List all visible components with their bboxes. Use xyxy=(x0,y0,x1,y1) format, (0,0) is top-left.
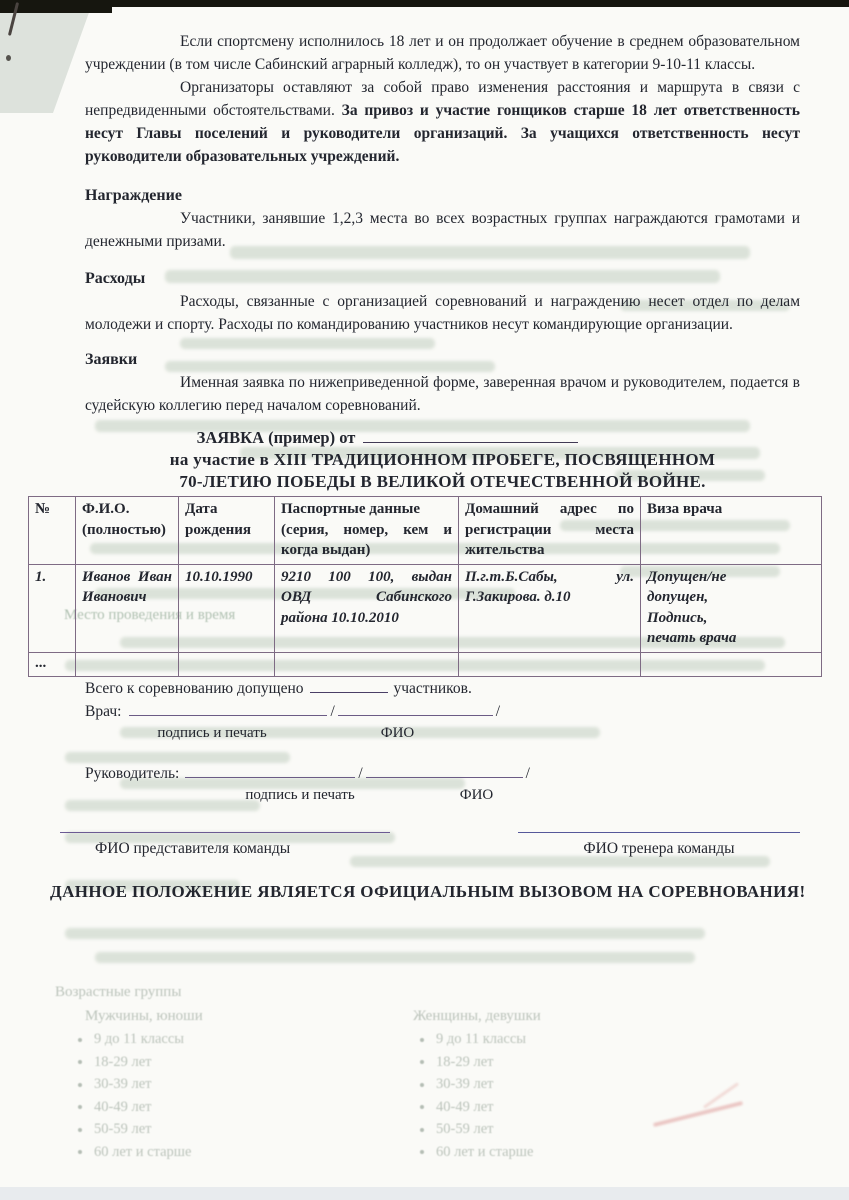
section-body-applications: Именная заявка по нижеприведенной форме,… xyxy=(85,371,800,417)
ghost-age-group-item: 18-29 лет xyxy=(78,1054,151,1071)
paragraph-organizers: Организаторы оставляют за собой право из… xyxy=(85,76,800,168)
section-heading-awards: Награждение xyxy=(85,184,800,207)
blank-head-signature xyxy=(185,774,355,778)
ghost-age-group-item: 60 лет и старше xyxy=(78,1144,191,1161)
bullet-icon xyxy=(78,1128,82,1132)
paragraph-text: Если спортсмену исполнилось 18 лет и он … xyxy=(85,33,800,73)
signature-stamp-label: подпись и печать xyxy=(215,785,385,806)
slash: / xyxy=(327,703,337,720)
slash: / xyxy=(493,703,503,720)
bullet-icon xyxy=(420,1038,424,1042)
cell-empty xyxy=(641,652,822,676)
head-signature-row: Руководитель:// xyxy=(85,762,800,785)
ghost-age-group-item: 30-39 лет xyxy=(78,1076,151,1093)
cell-empty xyxy=(179,652,275,676)
paragraph-age-category: Если спортсмену исполнилось 18 лет и он … xyxy=(85,30,800,76)
document-body: Если спортсмену исполнилось 18 лет и он … xyxy=(85,30,800,903)
head-label: Руководитель: xyxy=(85,765,179,782)
cell-passport: 9210 100 100, выдан ОВД Сабинского район… xyxy=(275,564,459,652)
header-line: регистрации места xyxy=(465,520,634,541)
blank-doctor-signature xyxy=(129,712,327,716)
ghost-groups-heading: Возрастные группы xyxy=(55,984,181,1001)
form-title-line3: 70-ЛЕТИЮ ПОБЕДЫ В ВЕЛИКОЙ ОТЕЧЕСТВЕННОЙ … xyxy=(85,471,800,493)
header-cell-passport: Паспортные данные (серия, номер, кем и к… xyxy=(275,497,459,565)
cell-empty xyxy=(459,652,641,676)
ghost-age-group-item: 40-49 лет xyxy=(420,1099,493,1116)
cell-empty xyxy=(275,652,459,676)
cell-visa: Допущен/не допущен, Подпись, печать врач… xyxy=(641,564,822,652)
header-line: рождения xyxy=(185,520,268,541)
cell-fio: Иванов Иван Иванович xyxy=(76,564,179,652)
header-cell-visa: Виза врача xyxy=(641,497,822,565)
bullet-icon xyxy=(420,1150,424,1154)
table-header-row: № Ф.И.О. (полностью) Дата рождения Паспо… xyxy=(29,497,822,565)
ghost-age-group-item: 50-59 лет xyxy=(420,1121,493,1138)
form-title-line1: ЗАЯВКА (пример) от xyxy=(85,427,800,449)
representatives-row: ФИО представителя команды ФИО тренера ко… xyxy=(60,832,800,860)
blank-doctor-fio xyxy=(338,712,493,716)
section-body-expenses: Расходы, связанные с организацией соревн… xyxy=(85,290,800,336)
ghost-age-group-item: 50-59 лет xyxy=(78,1121,151,1138)
table-row-ellipsis: ... xyxy=(29,652,822,676)
header-line: когда выдан) xyxy=(281,540,452,561)
cell-dob: 10.10.1990 xyxy=(179,564,275,652)
cell-line: Подпись, xyxy=(647,608,815,629)
cell-line: района 10.10.2010 xyxy=(281,608,452,629)
total-admitted-line: Всего к соревнованию допущеноучастников. xyxy=(85,677,800,700)
ghost-age-group-item: 30-39 лет xyxy=(420,1076,493,1093)
header-cell-address: Домашний адрес по регистрации места жите… xyxy=(459,497,641,565)
header-line: (полностью) xyxy=(82,520,172,541)
bullet-icon xyxy=(420,1105,424,1109)
cell-ellipsis: ... xyxy=(29,652,76,676)
team-representative-line: ФИО представителя команды xyxy=(60,832,390,860)
doctor-signature-row: Врач:// xyxy=(85,700,800,723)
scan-artifact-dot xyxy=(6,55,11,61)
fio-label: ФИО xyxy=(320,723,475,744)
header-cell-dob: Дата рождения xyxy=(179,497,275,565)
header-line: Домашний адрес по xyxy=(465,499,634,520)
bullet-icon xyxy=(78,1038,82,1042)
cell-address: П.г.т.Б.Сабы, ул. Г.Закирова. д.10 xyxy=(459,564,641,652)
ghost-age-group-item: 40-49 лет xyxy=(78,1099,151,1116)
ghost-age-group-item: 60 лет и старше xyxy=(420,1144,533,1161)
slash: / xyxy=(523,765,533,782)
cell-line: Г.Закирова. д.10 xyxy=(465,587,634,608)
cell-line: Допущен/не xyxy=(647,567,815,588)
table-row: 1. Иванов Иван Иванович 10.10.1990 9210 … xyxy=(29,564,822,652)
bullet-icon xyxy=(78,1105,82,1109)
bleed-through-smudge xyxy=(65,928,705,939)
cell-line: Иванович xyxy=(82,587,172,608)
scanned-document-page: Место проведения и время Возрастные груп… xyxy=(0,0,849,1200)
form-title: ЗАЯВКА (пример) от на участие в XIII ТРА… xyxy=(85,427,800,493)
form-title-line2: на участие в XIII ТРАДИЦИОННОМ ПРОБЕГЕ, … xyxy=(85,449,800,471)
cell-line: П.г.т.Б.Сабы, ул. xyxy=(465,567,634,588)
cell-num: 1. xyxy=(29,564,76,652)
bleed-through-smudge xyxy=(95,952,695,963)
doctor-label: Врач: xyxy=(85,703,121,720)
doctor-sub-labels: подпись и печать ФИО xyxy=(85,723,800,744)
cell-line: ОВД Сабинского xyxy=(281,587,452,608)
cell-line: допущен, xyxy=(647,587,815,608)
ghost-men-heading: Мужчины, юноши xyxy=(85,1008,203,1025)
total-prefix: Всего к соревнованию допущено xyxy=(85,680,304,697)
header-line: Дата xyxy=(185,499,268,520)
blank-head-fio xyxy=(366,774,523,778)
header-line: жительства xyxy=(465,540,634,561)
total-suffix: участников. xyxy=(394,680,472,697)
cell-line: печать врача xyxy=(647,628,815,649)
application-table: № Ф.И.О. (полностью) Дата рождения Паспо… xyxy=(28,496,822,677)
form-title-prefix: ЗАЯВКА (пример) от xyxy=(197,428,356,447)
cell-line: 9210 100 100, выдан xyxy=(281,567,452,588)
header-cell-fio: Ф.И.О. (полностью) xyxy=(76,497,179,565)
ghost-women-heading: Женщины, девушки xyxy=(413,1008,541,1025)
bullet-icon xyxy=(420,1128,424,1132)
fio-label: ФИО xyxy=(398,785,555,806)
header-cell-num: № xyxy=(29,497,76,565)
coach-line: ФИО тренера команды xyxy=(518,832,800,860)
ghost-age-group-item: 9 до 11 классы xyxy=(78,1031,184,1048)
cell-line: Иванов Иван xyxy=(82,567,172,588)
head-sub-labels: подпись и печать ФИО xyxy=(85,785,800,806)
blank-from-field xyxy=(363,439,578,443)
scan-edge-top xyxy=(0,0,849,7)
section-heading-expenses: Расходы xyxy=(85,267,800,290)
bullet-icon xyxy=(420,1083,424,1087)
blank-total-count xyxy=(310,689,388,693)
bullet-icon xyxy=(78,1060,82,1064)
section-heading-applications: Заявки xyxy=(85,348,800,371)
bullet-icon xyxy=(78,1083,82,1087)
bullet-icon xyxy=(78,1150,82,1154)
signature-stamp-label: подпись и печать xyxy=(112,723,312,744)
header-line: Паспортные данные xyxy=(281,499,452,520)
section-body-awards: Участники, занявшие 1,2,3 места во всех … xyxy=(85,207,800,253)
bullet-icon xyxy=(420,1060,424,1064)
official-call-statement: ДАННОЕ ПОЛОЖЕНИЕ ЯВЛЯЕТСЯ ОФИЦИАЛЬНЫМ ВЫ… xyxy=(50,880,825,903)
ghost-age-group-item: 18-29 лет xyxy=(420,1054,493,1071)
header-line: Ф.И.О. xyxy=(82,499,172,520)
ghost-age-group-item: 9 до 11 классы xyxy=(420,1031,526,1048)
cell-empty xyxy=(76,652,179,676)
slash: / xyxy=(355,765,365,782)
header-line: (серия, номер, кем и xyxy=(281,520,452,541)
